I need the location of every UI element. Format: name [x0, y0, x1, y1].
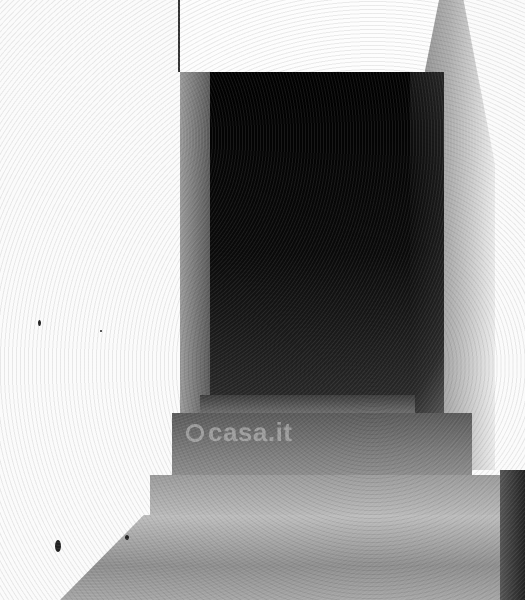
- photo: casa.it: [0, 0, 525, 600]
- door-threshold: [200, 395, 415, 413]
- speck: [38, 320, 41, 326]
- step-side-edge: [500, 470, 525, 600]
- step-bottom: [60, 515, 525, 600]
- speck: [125, 535, 129, 540]
- speck: [100, 330, 102, 332]
- watermark-text: casa.it: [208, 417, 292, 448]
- watermark: casa.it: [186, 417, 292, 448]
- step-middle: [150, 475, 520, 515]
- casa-logo-icon: [186, 424, 204, 442]
- speck: [55, 540, 61, 552]
- doorway-interior: [210, 72, 410, 402]
- door-lintel: [178, 0, 445, 72]
